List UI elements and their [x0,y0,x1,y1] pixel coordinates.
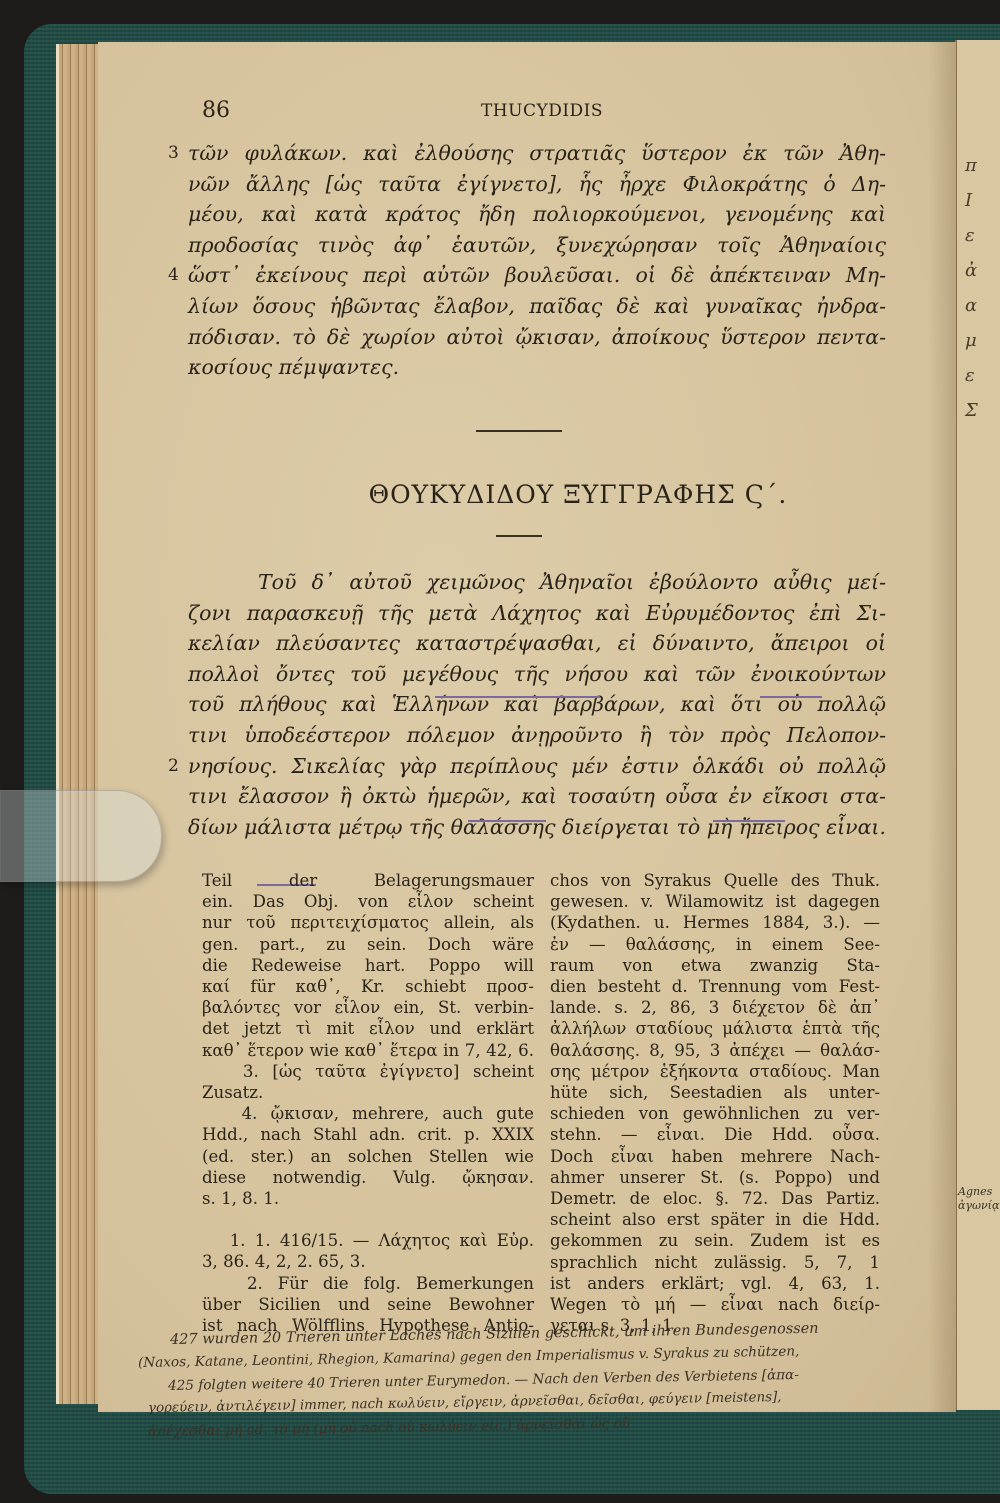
note-line: ist anders erklärt; vgl. 4, 63, 1. [550,1273,880,1294]
facing-page-glyph: ε [965,225,975,246]
text-line: Τοῦ δ᾽ αὐτοῦ χειμῶνος Ἀθηναῖοι ἐβούλοντο… [258,570,886,594]
note-line: ein. Das Obj. von εἷλον scheint [202,891,534,912]
facing-page-glyph: ἀ [965,260,977,281]
note-line: ἀλλήλων σταδίους μάλιστα ἑπτὰ τῆς [550,1018,880,1039]
note-spacer [202,1209,534,1230]
note-line: ahmer unserer St. (s. Poppo) und [550,1167,880,1188]
text-line: τῶν φυλάκων. καὶ ἐλθούσης στρατιᾶς ὕστερ… [188,141,886,165]
note-line: hüte sich, Seestadien als unter- [550,1082,880,1103]
note-line: nur τοῦ περιτειχίσματος allein, als [202,912,534,933]
pencil-underline [468,820,546,822]
facing-page-glyph: ε [965,365,975,386]
margin-handwritten-note: Agnes ἀγωνίᾳ [958,1185,999,1213]
note-line: s. 1, 8. 1. [202,1188,534,1209]
text-line: προδοσίας τινὸς ἀφ᾽ ἑαυτῶν, ξυνεχώρησαν … [188,233,886,257]
facing-page-glyph: μ [965,330,977,351]
note-line: diese notwendig. Vulg. ᾤκησαν. [202,1167,534,1188]
margin-note-line: ἀγωνίᾳ [958,1199,999,1213]
note-line: 4. ᾤκισαν, mehrere, auch gute [202,1103,534,1124]
text-line: ὥστ᾽ ἐκείνους περὶ αὐτῶν βουλεῦσαι. οἱ δ… [188,263,886,287]
note-line: dien besteht d. Trennung vom Fest- [550,976,880,997]
commentary-right-column: chos von Syrakus Quelle des Thuk. gewese… [550,870,880,1336]
note-line: über Sicilien und seine Bewohner [202,1294,534,1315]
note-line: (Kydathen. u. Hermes 1884, 3.). — [550,912,880,933]
note-line: det jetzt τὶ mit εἷλον und erklärt [202,1018,534,1039]
text-line: ζονι παρασκευῇ τῆς μετὰ Λάχητος καὶ Εὐρυ… [188,601,886,625]
note-line: Wegen τὸ μή — εἶναι nach διείρ- [550,1294,880,1315]
note-line: (ed. ster.) an solchen Stellen wie [202,1146,534,1167]
note-line: 2. Für die folg. Bemerkungen [202,1273,534,1294]
note-line: σης μέτρον ἑξήκοντα σταδίους. Man [550,1061,880,1082]
transparent-page-clip[interactable] [0,790,162,882]
text-line: νῶν ἄλλης [ὡς ταῦτα ἐγίγνετο], ἧς ἦρχε Φ… [188,172,886,196]
text-line: τινι ὑποδεέστερον πόλεμον ἀνῃροῦντο ἢ τὸ… [188,723,886,747]
margin-note-line: Agnes [958,1185,999,1199]
text-line: κοσίους πέμψαντες. [188,355,399,379]
main-text-book6: Τοῦ δ᾽ αὐτοῦ χειμῶνος Ἀθηναῖοι ἐβούλοντο… [158,567,886,842]
note-line: καί für καθ᾽, Kr. schiebt προσ- [202,976,534,997]
gutter-shadow [928,42,956,1412]
handwritten-note: (Naxos, Katane, Leontini, Rhegion, Kamar… [138,1343,800,1371]
note-line: stehn. — εἶναι. Die Hdd. οὖσα. [550,1124,880,1145]
running-head: THUCYDIDIS [202,101,882,121]
note-line: 1. 1. 416/15. — Λάχητος καὶ Εὐρ. [202,1230,534,1251]
facing-page-glyph: Ι [965,190,972,211]
facing-page-glyph: Σ [965,400,978,421]
note-line: chos von Syrakus Quelle des Thuk. [550,870,880,891]
note-line: Demetr. de eloc. §. 72. Das Partiz. [550,1188,880,1209]
note-line: θαλάσσης. 8, 95, 3 ἀπέχει — θαλάσ- [550,1040,880,1061]
text-line: μέου, καὶ κατὰ κράτος ἤδη πολιορκούμενοι… [188,202,886,226]
note-line: Doch εἶναι haben mehrere Nach- [550,1146,880,1167]
text-line: νησίους. Σικελίας γὰρ περίπλους μέν ἐστι… [188,754,886,778]
note-line: raum von etwa zwanzig Sta- [550,955,880,976]
note-line: lande. s. 2, 86, 3 διέχετον δὲ ἀπ᾽ [550,997,880,1018]
commentary-left-column: Teil der Belagerungsmauer ein. Das Obj. … [202,870,534,1336]
pencil-underline [760,696,822,698]
note-line: Hdd., nach Stahl adn. crit. p. XXIX [202,1124,534,1145]
text-line: λίων ὅσους ἡβῶντας ἔλαβον, παῖδας δὲ καὶ… [188,294,886,318]
book-page: 86 THUCYDIDIS 3τῶν φυλάκων. καὶ ἐλθούσης… [98,42,956,1412]
main-text-book5-end: 3τῶν φυλάκων. καὶ ἐλθούσης στρατιᾶς ὕστε… [158,138,886,383]
text-line: κελίαν πλεύσαντες καταστρέψασθαι, εἰ δύν… [188,631,886,655]
pencil-underline [435,696,600,698]
text-line: δίων μάλιστα μέτρῳ τῆς θαλάσσης διείργετ… [188,815,886,839]
facing-page-glyph: π [965,155,977,176]
note-line: Teil der Belagerungsmauer [202,870,534,891]
handwritten-note: 425 folgten weitere 40 Trieren unter Eur… [168,1367,799,1394]
note-line: gen. part., zu sein. Doch wäre [202,934,534,955]
note-line: καθ᾽ ἕτερον wie καθ᾽ ἕτερα in 7, 42, 6. [202,1040,534,1061]
section-number: 3 [168,138,179,169]
book-title: ΘΟΥΚΥΔΙΔΟΥ ΞΥΓΓΡΑΦΗΣ Ϛ΄. [198,480,958,509]
text-line: πόδισαν. τὸ δὲ χωρίον αὐτοὶ ᾤκισαν, ἀποί… [188,325,886,349]
title-divider [496,535,542,537]
note-line: scheint also erst später in die Hdd. [550,1209,880,1230]
section-number: 2 [168,751,179,782]
text-line: τινι ἔλασσον ἢ ὀκτὼ ἡμερῶν, καὶ τοσαύτη … [188,784,886,808]
note-line: Zusatz. [202,1082,534,1103]
page-header: 86 THUCYDIDIS [202,98,882,128]
note-line: schieden von gewöhnlichen zu ver- [550,1103,880,1124]
note-line: 3. [ὡς ταῦτα ἐγίγνετο] scheint [202,1061,534,1082]
note-line: sprachlich nicht zulässig. 5, 7, 1 [550,1252,880,1273]
pencil-underline [713,820,785,822]
note-line: βαλόντες vor εἷλον ein, St. verbin- [202,997,534,1018]
section-divider [476,430,562,432]
note-line: gekommen zu sein. Zudem ist es [550,1230,880,1251]
note-line: gewesen. v. Wilamowitz ist dagegen [550,891,880,912]
section-number: 4 [168,260,179,291]
note-line: 3, 86. 4, 2, 2. 65, 3. [202,1251,534,1272]
note-line: die Redeweise hart. Poppo will [202,955,534,976]
facing-page-glyph: α [965,295,977,316]
note-line: ἐν — θαλάσσης, in einem See- [550,934,880,955]
text-line: πολλοὶ ὄντες τοῦ μεγέθους τῆς νήσου καὶ … [188,662,886,686]
